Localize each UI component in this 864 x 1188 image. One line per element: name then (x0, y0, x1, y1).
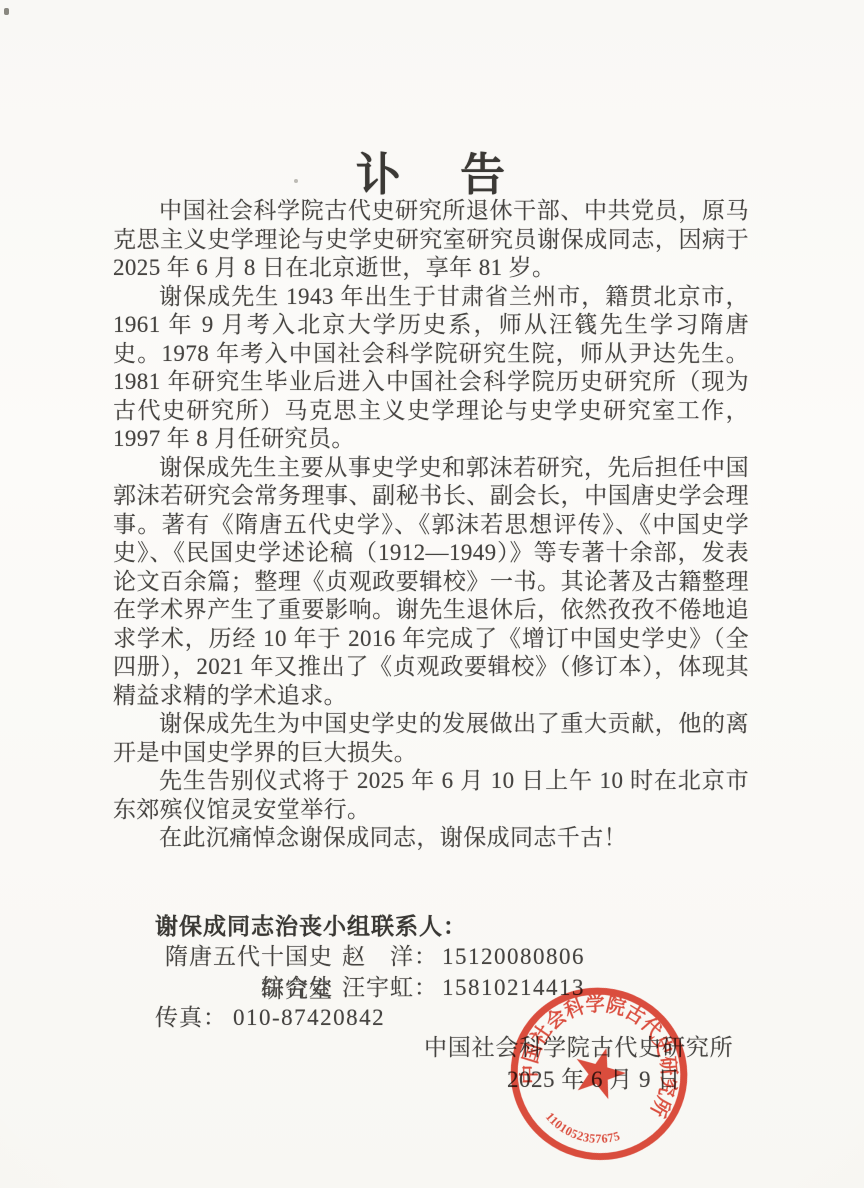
obituary-document: 讣 告 中国社会科学院古代史研究所退休干部、中共党员，原马克思主义史学理论与史学… (0, 0, 864, 1188)
body-paragraph-4: 谢保成先生为中国史学史的发展做出了重大贡献，他的离开是中国史学界的巨大损失。 (113, 710, 749, 767)
fax-label: 传真： (155, 1005, 227, 1030)
contact-department: 综合处 (155, 969, 333, 1002)
notice-body: 中国社会科学院古代史研究所退休干部、中共党员，原马克思主义史学理论与史学史研究室… (113, 197, 749, 853)
notice-title: 讣 告 (113, 138, 749, 203)
scan-speck (4, 8, 9, 15)
contact-phone: 15120080806 (442, 944, 585, 970)
contact-name: 汪宇虹： (342, 969, 438, 1002)
body-paragraph-5: 先生告别仪式将于 2025 年 6 月 10 日上午 10 时在北京市东郊殡仪馆… (113, 767, 749, 824)
body-paragraph-1: 中国社会科学院古代史研究所退休干部、中共党员，原马克思主义史学理论与史学史研究室… (113, 197, 749, 283)
contact-name: 赵 洋： (342, 938, 438, 971)
body-paragraph-6: 在此沉痛悼念谢保成同志，谢保成同志千古！ (113, 824, 749, 853)
contact-header: 谢保成同志治丧小组联系人： (155, 908, 715, 938)
seal-number: 1101052357675 (539, 1108, 625, 1155)
svg-text:1101052357675: 1101052357675 (539, 1108, 625, 1155)
body-paragraph-3: 谢保成先生主要从事史学史和郭沫若研究，先后担任中国郭沫若研究会常务理事、副秘书长… (113, 454, 749, 711)
seal-star-icon (568, 1041, 631, 1102)
fax-number: 010-87420842 (233, 1005, 385, 1030)
body-paragraph-2: 谢保成先生 1943 年出生于甘肃省兰州市，籍贯北京市，1961 年 9 月考入… (113, 283, 749, 454)
contact-row: 隋唐五代十国史研究室 赵 洋： 15120080806 (155, 938, 715, 969)
